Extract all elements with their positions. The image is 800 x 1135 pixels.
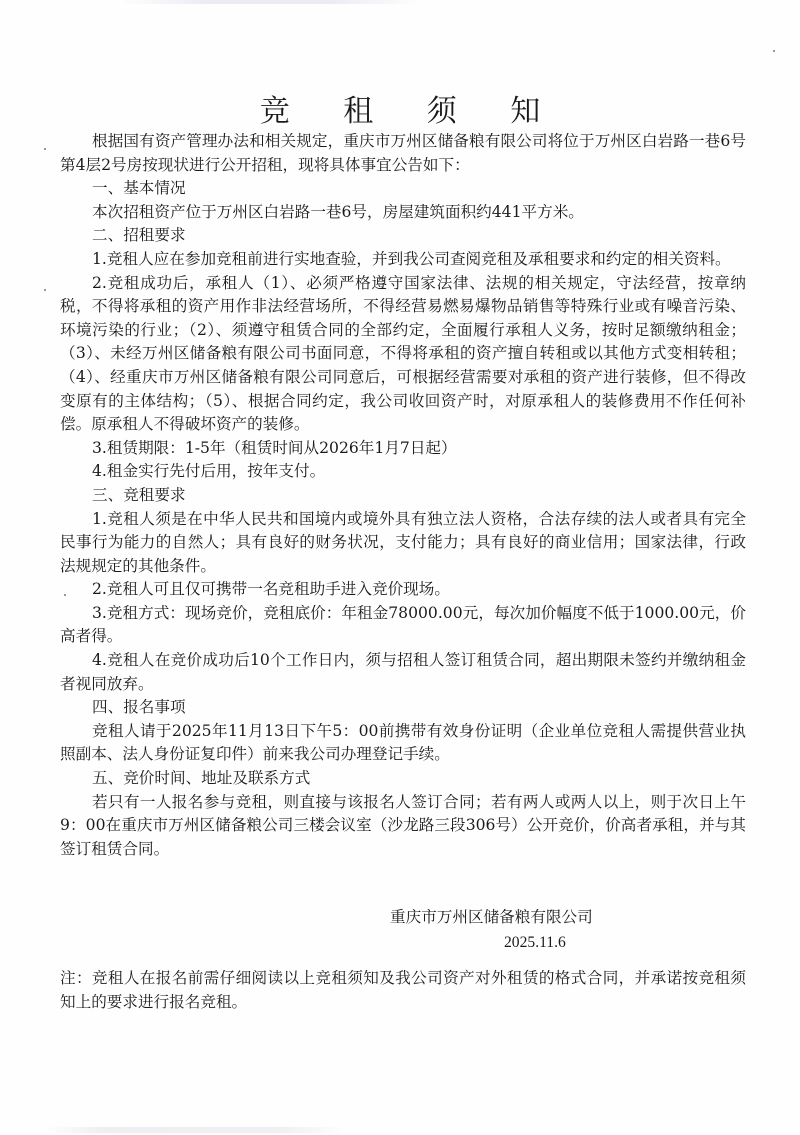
section-paragraph: 若只有一人报名参与竞租，则直接与该报名人签订合同；若有两人或两人以上，则于次日上…: [60, 791, 746, 862]
section-heading-bidder-requirements: 三、竞租要求: [60, 484, 746, 508]
section-paragraph: 4.租金实行先付后用，按年支付。: [60, 460, 746, 484]
document-page: 竞 租 须 知 根据国有资产管理办法和相关规定，重庆市万州区储备粮有限公司将位于…: [0, 0, 800, 1135]
scan-speck: [773, 50, 775, 52]
section-paragraph: 3.租赁期限：1-5年（租赁时间从2026年1月7日起）: [60, 437, 746, 461]
section-paragraph: 2.竞租成功后，承租人（1）、必须严格遵守国家法律、法规的相关规定，守法经营，按…: [60, 272, 746, 437]
document-title: 竞 租 须 知: [0, 92, 800, 132]
section-paragraph: 3.竞租方式：现场竞价，竞租底价：年租金78000.00元，每次加价幅度不低于1…: [60, 602, 746, 649]
scan-bleed-artifact: [45, 1127, 345, 1133]
scan-speck: [44, 148, 46, 150]
issuer-company: 重庆市万州区储备粮有限公司: [390, 904, 593, 930]
section-heading-leasing-requirements: 二、招租要求: [60, 224, 746, 248]
section-paragraph: 4.竞租人在竞价成功后10个工作日内，须与招租人签订租赁合同，超出期限未签约并缴…: [60, 649, 746, 696]
section-heading-basic-info: 一、基本情况: [60, 177, 746, 201]
scan-bleed-artifact: [120, 0, 420, 4]
footnote: 注：竞租人在报名前需仔细阅读以上竞租须知及我公司资产对外租赁的格式合同，并承诺按…: [60, 966, 746, 1014]
scan-speck: [44, 289, 46, 291]
section-paragraph: 竞租人请于2025年11月13日下午5：00前携带有效身份证明（企业单位竞租人需…: [60, 720, 746, 767]
intro-paragraph: 根据国有资产管理办法和相关规定，重庆市万州区储备粮有限公司将位于万州区白岩路一巷…: [60, 130, 746, 177]
section-paragraph: 2.竞租人可且仅可携带一名竞租助手进入竞价现场。: [60, 578, 746, 602]
section-paragraph: 1.竞租人应在参加竞租前进行实地查验，并到我公司查阅竞租及承租要求和约定的相关资…: [60, 248, 746, 272]
signature-block: 重庆市万州区储备粮有限公司 2025.11.6: [390, 904, 593, 956]
issue-date: 2025.11.6: [390, 930, 593, 956]
section-paragraph: 本次招租资产位于万州区白岩路一巷6号，房屋建筑面积约441平方米。: [60, 201, 746, 225]
section-heading-auction-time-place: 五、竞价时间、地址及联系方式: [60, 767, 746, 791]
section-heading-registration: 四、报名事项: [60, 696, 746, 720]
section-paragraph: 1.竞租人须是在中华人民共和国境内或境外具有独立法人资格，合法存续的法人或者具有…: [60, 508, 746, 579]
document-body: 根据国有资产管理办法和相关规定，重庆市万州区储备粮有限公司将位于万州区白岩路一巷…: [60, 130, 746, 861]
